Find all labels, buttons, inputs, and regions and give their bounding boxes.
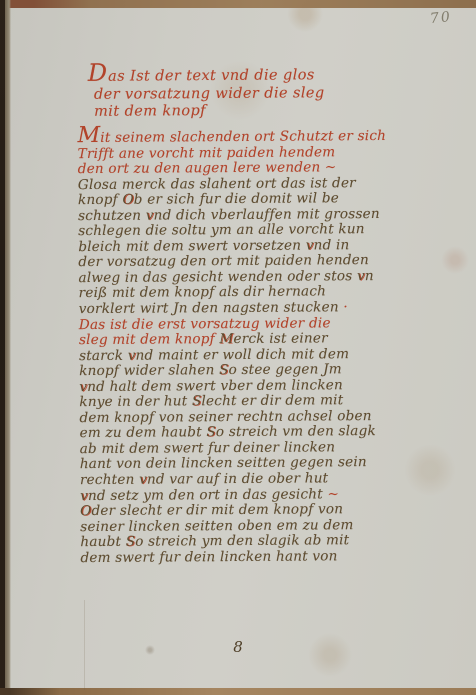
book-edge-top bbox=[0, 0, 476, 8]
text-segment-dark: o stee gegen Jm bbox=[229, 361, 342, 378]
text-segment-rubric: S bbox=[206, 425, 216, 441]
text-segment-rubric: M bbox=[219, 331, 233, 347]
text-segment-dark: knopf wider slahen bbox=[79, 362, 219, 379]
body-text: Mit seinem slachenden ort Schutzt er sic… bbox=[77, 126, 389, 566]
text-segment-red: ~ bbox=[327, 486, 339, 502]
text-segment-dark: em zu dem haubt bbox=[80, 425, 207, 442]
heading-line: der vorsatzung wider die sleg bbox=[94, 85, 325, 104]
text-segment-dark: nd in bbox=[314, 237, 350, 253]
text-segment-red: sleg mit dem knopf bbox=[79, 331, 220, 348]
text-segment-rubric: S bbox=[126, 534, 136, 550]
folio-number: 70 bbox=[429, 9, 452, 27]
text-segment-dark: starck bbox=[79, 347, 128, 363]
heading-line: mit dem knopf bbox=[94, 102, 325, 121]
text-segment-dark: n bbox=[365, 268, 374, 284]
text-segment-rubric: v bbox=[128, 347, 136, 363]
body-line: Mit seinem slachenden ort Schutzt er sic… bbox=[77, 126, 386, 147]
text-segment-rubric: O bbox=[122, 192, 133, 208]
text-segment-rubric: v bbox=[146, 207, 154, 223]
text-segment-red: · bbox=[343, 299, 348, 315]
text-segment-dark: nd var auf in die ober hut bbox=[147, 470, 328, 487]
text-segment-rubric: v bbox=[80, 488, 88, 504]
manuscript-photo: 70 Das Ist der text vnd die glosder vors… bbox=[0, 0, 476, 695]
text-segment-dark: knopf bbox=[78, 192, 123, 208]
text-segment-dark: schutzen bbox=[78, 207, 146, 223]
rubric-heading: Das Ist der text vnd die glosder vorsatz… bbox=[94, 63, 325, 121]
text-segment-dark: lecht er dir dem mit bbox=[201, 393, 343, 410]
book-edge-left-shadow bbox=[5, 0, 11, 695]
text-segment-rubric: v bbox=[79, 379, 87, 395]
text-segment-dark: knye in der hut bbox=[79, 394, 192, 411]
text-segment-dark: o streich vm den slagk bbox=[216, 423, 376, 440]
text-segment-dark: rechten bbox=[80, 472, 139, 488]
text-segment-dark: erck ist einer bbox=[233, 330, 327, 347]
text-segment-dark: haubt bbox=[80, 534, 125, 550]
text-segment-red: Mit seinem slachenden ort Schutzt er sic… bbox=[77, 128, 386, 146]
text-segment-rubric: S bbox=[192, 394, 202, 410]
page-number: 8 bbox=[0, 638, 476, 656]
text-segment-rubric: O bbox=[80, 503, 91, 519]
text-segment-rubric: v bbox=[139, 472, 147, 488]
heading-line: Das Ist der text vnd die glos bbox=[88, 63, 325, 86]
book-edge-bottom bbox=[0, 688, 476, 695]
text-segment-dark: dem swert fur dein lincken hant von bbox=[80, 548, 337, 566]
body-line: dem swert fur dein lincken hant von bbox=[80, 549, 389, 567]
